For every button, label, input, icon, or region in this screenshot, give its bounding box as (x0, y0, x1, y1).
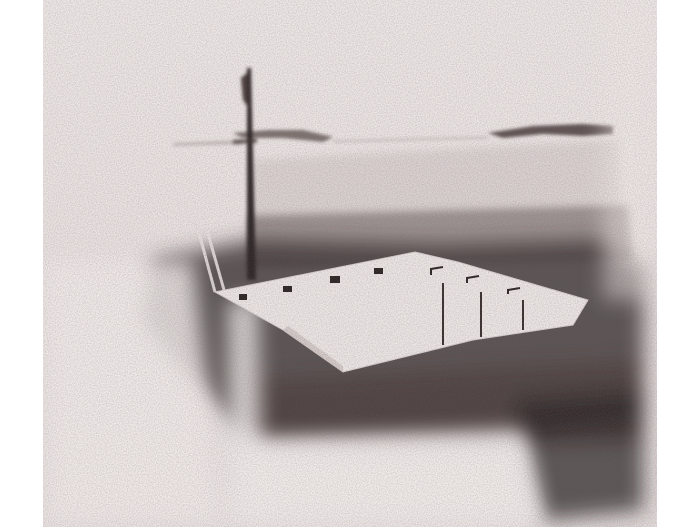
artwork-canvas (43, 0, 657, 527)
artwork-print (43, 0, 657, 527)
grain-texture (43, 0, 657, 527)
